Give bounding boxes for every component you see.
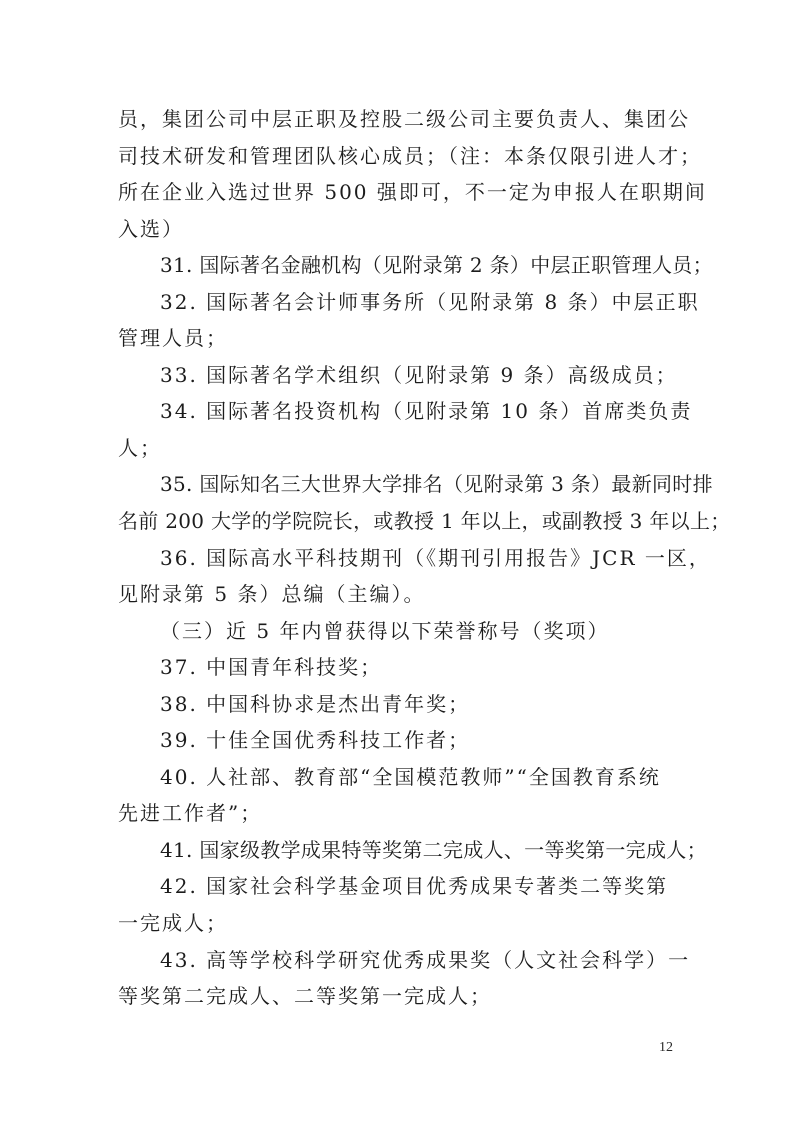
section-heading-3: （三）近 5 年内曾获得以下荣誉称号（奖项） (118, 613, 706, 650)
text-line: 等奖第二完成人、二等奖第一完成人； (118, 978, 706, 1015)
list-item-41: 41. 国家级教学成果特等奖第二完成人、一等奖第一完成人； (118, 832, 706, 869)
list-item-32: 32. 国际著名会计师事务所（见附录第 8 条）中层正职 (118, 284, 706, 321)
list-item-31: 31. 国际著名金融机构（见附录第 2 条）中层正职管理人员； (118, 247, 706, 284)
page-number: 12 (659, 1040, 673, 1056)
text-line: 管理人员； (118, 320, 706, 357)
list-item-42: 42. 国家社会科学基金项目优秀成果专著类二等奖第 (118, 868, 706, 905)
list-item-34: 34. 国际著名投资机构（见附录第 10 条）首席类负责 (118, 393, 706, 430)
document-text-block: 员，集团公司中层正职及控股二级公司主要负责人、集团公 司技术研发和管理团队核心成… (118, 101, 706, 1015)
text-line: 员，集团公司中层正职及控股二级公司主要负责人、集团公 (118, 101, 706, 138)
list-item-43: 43. 高等学校科学研究优秀成果奖（人文社会科学）一 (118, 942, 706, 979)
list-item-39: 39. 十佳全国优秀科技工作者； (118, 722, 706, 759)
text-line: 所在企业入选过世界 500 强即可，不一定为申报人在职期间 (118, 174, 706, 211)
text-line: 司技术研发和管理团队核心成员；（注：本条仅限引进人才； (118, 138, 706, 175)
document-page: 员，集团公司中层正职及控股二级公司主要负责人、集团公 司技术研发和管理团队核心成… (0, 0, 793, 1122)
list-item-35: 35. 国际知名三大世界大学排名（见附录第 3 条）最新同时排 (118, 466, 706, 503)
list-item-40: 40. 人社部、教育部“全国模范教师”“全国教育系统 (118, 759, 706, 796)
text-line: 见附录第 5 条）总编（主编）。 (118, 576, 706, 613)
list-item-38: 38. 中国科协求是杰出青年奖； (118, 686, 706, 723)
text-line: 入选） (118, 211, 706, 248)
list-item-33: 33. 国际著名学术组织（见附录第 9 条）高级成员； (118, 357, 706, 394)
text-line: 先进工作者”； (118, 795, 706, 832)
text-line: 人； (118, 430, 706, 467)
text-line: 名前 200 大学的学院院长，或教授 1 年以上，或副教授 3 年以上； (118, 503, 706, 540)
text-line: 一完成人； (118, 905, 706, 942)
list-item-36: 36. 国际高水平科技期刊（《期刊引用报告》JCR 一区， (118, 540, 706, 577)
list-item-37: 37. 中国青年科技奖； (118, 649, 706, 686)
